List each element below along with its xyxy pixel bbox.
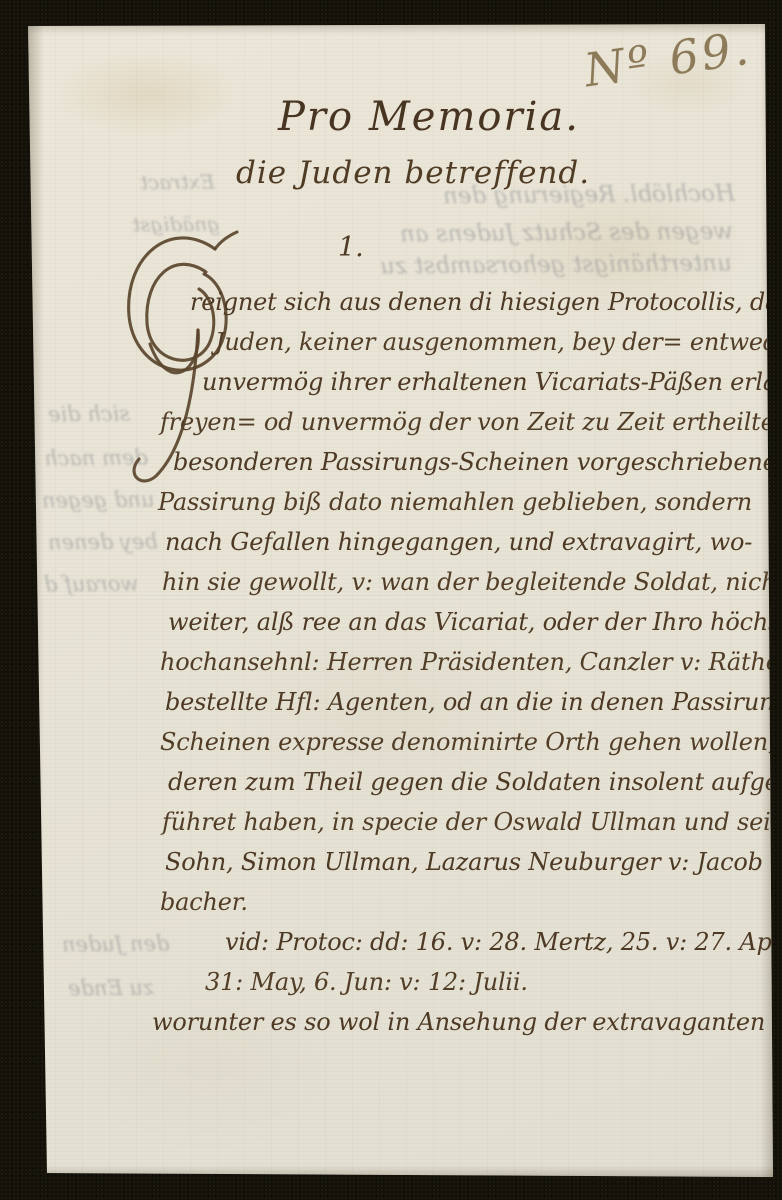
archive-photograph: { "photo": { "background_color": "#14110… — [0, 0, 782, 1200]
manuscript-line: Juden, keiner ausgenommen, bey der= entw… — [215, 322, 780, 362]
manuscript-line: vid: Protoc: dd: 16. v: 28. Mertz, 25. v… — [225, 922, 780, 962]
section-number: 1. — [338, 232, 364, 263]
bleedthrough-text: und gegen — [42, 488, 155, 513]
manuscript-line: worunter es so wol in Ansehung der extra… — [152, 1002, 780, 1042]
manuscript-page: Hochlöbl. Regierung den wegen des Schutz… — [28, 24, 773, 1180]
manuscript-line: unvermög ihrer erhaltenen Vicariats-Päße… — [202, 362, 780, 402]
bleedthrough-text: worauf d — [44, 572, 139, 597]
manuscript-line: bestellte Hfl: Agenten, od an die in den… — [165, 682, 780, 722]
manuscript-line: 31: May, 6. Jun: v: 12: Julii. — [205, 962, 780, 1002]
document-title: Pro Memoria. — [278, 94, 580, 140]
manuscript-line: reignet sich aus denen di hiesigen Proto… — [190, 282, 780, 322]
manuscript-line: weiter, alß ree an das Vicariat, oder de… — [168, 602, 780, 642]
manuscript-line: Scheinen expresse denominirte Orth gehen… — [160, 722, 780, 762]
manuscript-line: bacher. — [160, 882, 780, 922]
manuscript-line: hin sie gewollt, v: wan der begleitende … — [162, 562, 780, 602]
manuscript-body: reignet sich aus denen di hiesigen Proto… — [140, 282, 780, 1042]
bleedthrough-text: unterthänigst gehorsambst zu — [380, 250, 732, 279]
bleedthrough-text: wegen des Schutz Judens an — [400, 219, 733, 248]
manuscript-line: hochansehnl: Herren Präsidenten, Canzler… — [160, 642, 780, 682]
manuscript-line: führet haben, in specie der Oswald Ullma… — [162, 802, 780, 842]
manuscript-line: deren zum Theil gegen die Soldaten insol… — [168, 762, 780, 802]
manuscript-line: nach Gefallen hingegangen, und extravagi… — [165, 522, 780, 562]
manuscript-line: freyen= od unvermög der von Zeit zu Zeit… — [160, 402, 780, 442]
archive-number: Nº 69. — [581, 21, 755, 98]
manuscript-line: Sohn, Simon Ullman, Lazarus Neuburger v:… — [165, 842, 780, 882]
manuscript-line: Passirung biß dato niemahlen geblieben, … — [158, 482, 780, 522]
document-subtitle: die Juden betreffend. — [236, 155, 590, 191]
bleedthrough-text: Extract — [140, 170, 215, 195]
manuscript-line: besonderen Passirungs-Scheinen vorgeschr… — [173, 442, 780, 482]
